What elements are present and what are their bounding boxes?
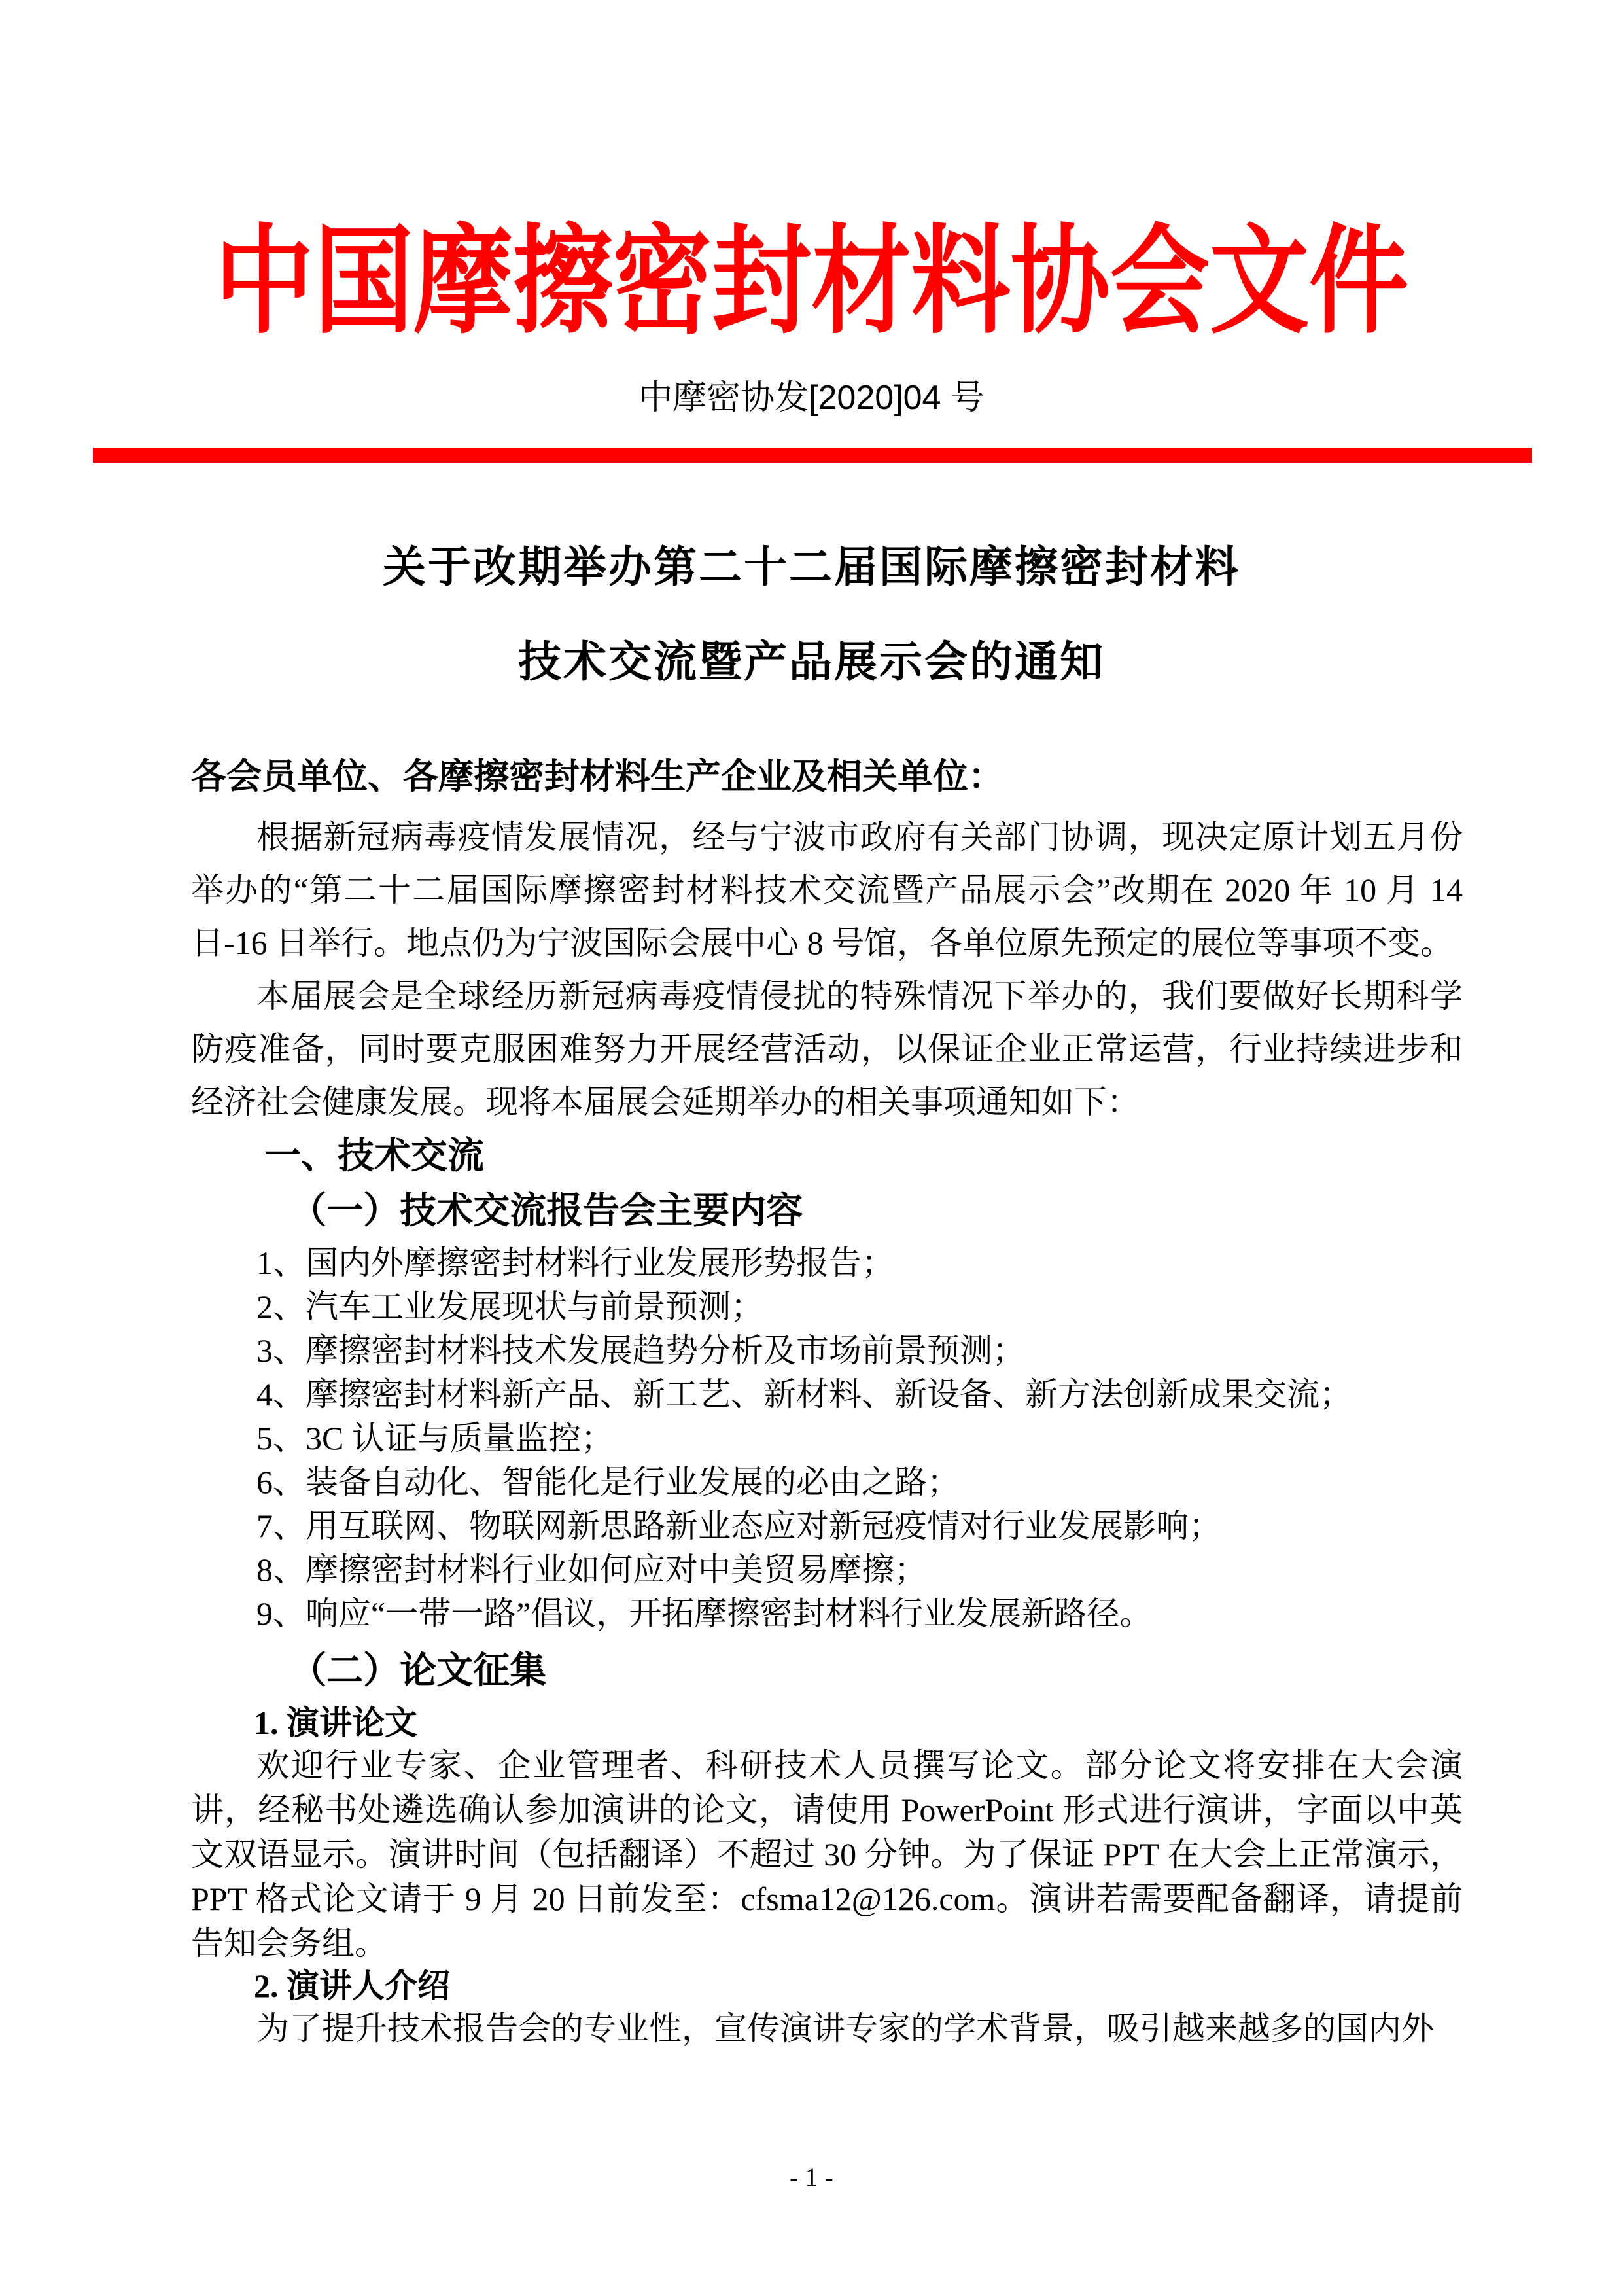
list-item: 3、摩擦密封材料技术发展趋势分析及市场前景预测；	[256, 1329, 1463, 1373]
topic-1-paragraph: 欢迎行业专家、企业管理者、科研技术人员撰写论文。部分论文将安排在大会演讲，经秘书…	[191, 1743, 1463, 1966]
document-page: 中国摩擦密封材料协会文件 中摩密协发[2020]04 号 关于改期举办第二十二届…	[0, 0, 1623, 2296]
intro-paragraph-1: 根据新冠病毒疫情发展情况，经与宁波市政府有关部门协调，现决定原计划五月份举办的“…	[191, 811, 1463, 970]
list-item: 6、装备自动化、智能化是行业发展的必由之路；	[256, 1460, 1463, 1504]
topic-1-heading: 1. 演讲论文	[191, 1703, 1463, 1743]
report-topics-list: 1、国内外摩擦密封材料行业发展形势报告； 2、汽车工业发展现状与前景预测； 3、…	[191, 1241, 1463, 1636]
section-1-heading: 一、技术交流	[191, 1133, 1463, 1180]
page-number: - 1 -	[0, 2164, 1623, 2191]
letterhead-doc-number: 中摩密协发[2020]04 号	[0, 378, 1623, 418]
document-title: 关于改期举办第二十二届国际摩擦密封材料 技术交流暨产品展示会的通知	[0, 520, 1623, 710]
letterhead-org-title: 中国摩擦密封材料协会文件	[203, 221, 1420, 344]
list-item: 4、摩擦密封材料新产品、新工艺、新材料、新设备、新方法创新成果交流；	[256, 1373, 1463, 1417]
intro-paragraph-2: 本届展会是全球经历新冠病毒疫情侵扰的特殊情况下举办的，我们要做好长期科学防疫准备…	[191, 970, 1463, 1129]
list-item: 1、国内外摩擦密封材料行业发展形势报告；	[256, 1241, 1463, 1285]
document-title-line-2: 技术交流暨产品展示会的通知	[0, 615, 1623, 710]
subsection-2-heading: （二）论文征集	[191, 1646, 1463, 1696]
subsection-1-heading: （一）技术交流报告会主要内容	[191, 1186, 1463, 1236]
list-item: 7、用互联网、物联网新思路新业态应对新冠疫情对行业发展影响；	[256, 1504, 1463, 1548]
letterhead-red-divider	[93, 448, 1532, 463]
topic-2-paragraph: 为了提升技术报告会的专业性，宣传演讲专家的学术背景，吸引越来越多的国内外	[191, 2006, 1463, 2051]
list-item: 8、摩擦密封材料行业如何应对中美贸易摩擦；	[256, 1548, 1463, 1592]
list-item: 5、3C 认证与质量监控；	[256, 1417, 1463, 1460]
salutation: 各会员单位、各摩擦密封材料生产企业及相关单位：	[191, 751, 1463, 803]
list-item: 2、汽车工业发展现状与前景预测；	[256, 1285, 1463, 1329]
document-title-line-1: 关于改期举办第二十二届国际摩擦密封材料	[0, 520, 1623, 615]
topic-2-heading: 2. 演讲人介绍	[191, 1966, 1463, 2006]
list-item: 9、响应“一带一路”倡议，开拓摩擦密封材料行业发展新路径。	[256, 1592, 1463, 1636]
